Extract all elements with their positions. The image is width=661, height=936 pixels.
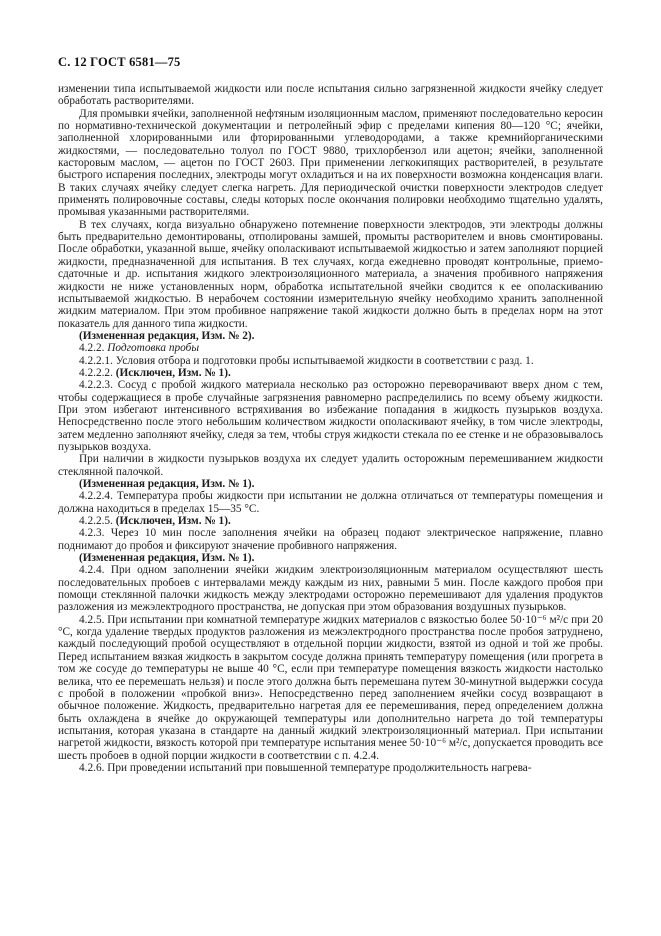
amendment-note: (Измененная редакция, Изм. № 1). — [58, 478, 603, 490]
clause-number: 4.2.2.2. — [79, 367, 116, 379]
clause-4-2-4: 4.2.4. При одном заполнении ячейки жидки… — [58, 564, 603, 613]
clause-4-2-2-4: 4.2.2.4. Температура пробы жидкости при … — [58, 490, 603, 515]
paragraph: При наличии в жидкости пузырьков воздуха… — [58, 453, 603, 478]
clause-4-2-2-3: 4.2.2.3. Сосуд с пробой жидкого материал… — [58, 379, 603, 453]
paragraph: изменении типа испытываемой жидкости или… — [58, 83, 603, 108]
paragraph-run: 4.2.5. При испытании при комнатной темпе… — [58, 614, 603, 762]
paragraph-run: 4.2.2.3. Сосуд с пробой жидкого материал… — [58, 379, 603, 453]
paragraph: Для промывки ячейки, заполненной нефтяны… — [58, 108, 603, 219]
paragraph-run: изменении типа испытываемой жидкости или… — [58, 83, 603, 107]
paragraph-run: (Измененная редакция, Изм. № 2). — [79, 330, 254, 342]
paragraph-run: 4.2.2.4. Температура пробы жидкости при … — [58, 490, 603, 514]
paragraph-run: (Измененная редакция, Изм. № 1). — [79, 552, 254, 564]
paragraph-run: При наличии в жидкости пузырьков воздуха… — [58, 453, 603, 477]
clause-title: Подготовка пробы — [107, 342, 199, 354]
paragraph-run: В тех случаях, когда визуально обнаружен… — [58, 219, 603, 330]
amendment-note: (Измененная редакция, Изм. № 1). — [58, 552, 603, 564]
excluded-note: (Исключен, Изм. № 1). — [116, 515, 231, 527]
clause-4-2-6: 4.2.6. При проведении испытаний при повы… — [58, 762, 603, 774]
paragraph: В тех случаях, когда визуально обнаружен… — [58, 219, 603, 330]
page-header: С. 12 ГОСТ 6581—75 — [58, 55, 603, 69]
paragraph-run: 4.2.2.1. Условия отбора и подготовки про… — [79, 355, 534, 367]
paragraph-run: Для промывки ячейки, заполненной нефтяны… — [58, 108, 603, 219]
clause-4-2-2-2: 4.2.2.2. (Исключен, Изм. № 1). — [58, 367, 603, 379]
clause-4-2-2: 4.2.2. Подготовка пробы — [58, 342, 603, 354]
amendment-note: (Измененная редакция, Изм. № 2). — [58, 330, 603, 342]
clause-4-2-2-1: 4.2.2.1. Условия отбора и подготовки про… — [58, 355, 603, 367]
clause-number: 4.2.2.5. — [79, 515, 116, 527]
document-body: изменении типа испытываемой жидкости или… — [58, 83, 603, 774]
paragraph-run: 4.2.3. Через 10 мин после заполнения яче… — [58, 527, 603, 551]
clause-4-2-2-5: 4.2.2.5. (Исключен, Изм. № 1). — [58, 515, 603, 527]
page-content: С. 12 ГОСТ 6581—75 изменении типа испыты… — [58, 55, 603, 774]
document-page: С. 12 ГОСТ 6581—75 изменении типа испыты… — [0, 0, 661, 936]
paragraph-run: 4.2.4. При одном заполнении ячейки жидки… — [58, 564, 603, 613]
paragraph-run: (Измененная редакция, Изм. № 1). — [79, 478, 254, 490]
excluded-note: (Исключен, Изм. № 1). — [116, 367, 231, 379]
clause-4-2-3: 4.2.3. Через 10 мин после заполнения яче… — [58, 527, 603, 552]
clause-4-2-5: 4.2.5. При испытании при комнатной темпе… — [58, 614, 603, 762]
clause-number: 4.2.2. — [79, 342, 107, 354]
paragraph-run: 4.2.6. При проведении испытаний при повы… — [79, 762, 532, 774]
